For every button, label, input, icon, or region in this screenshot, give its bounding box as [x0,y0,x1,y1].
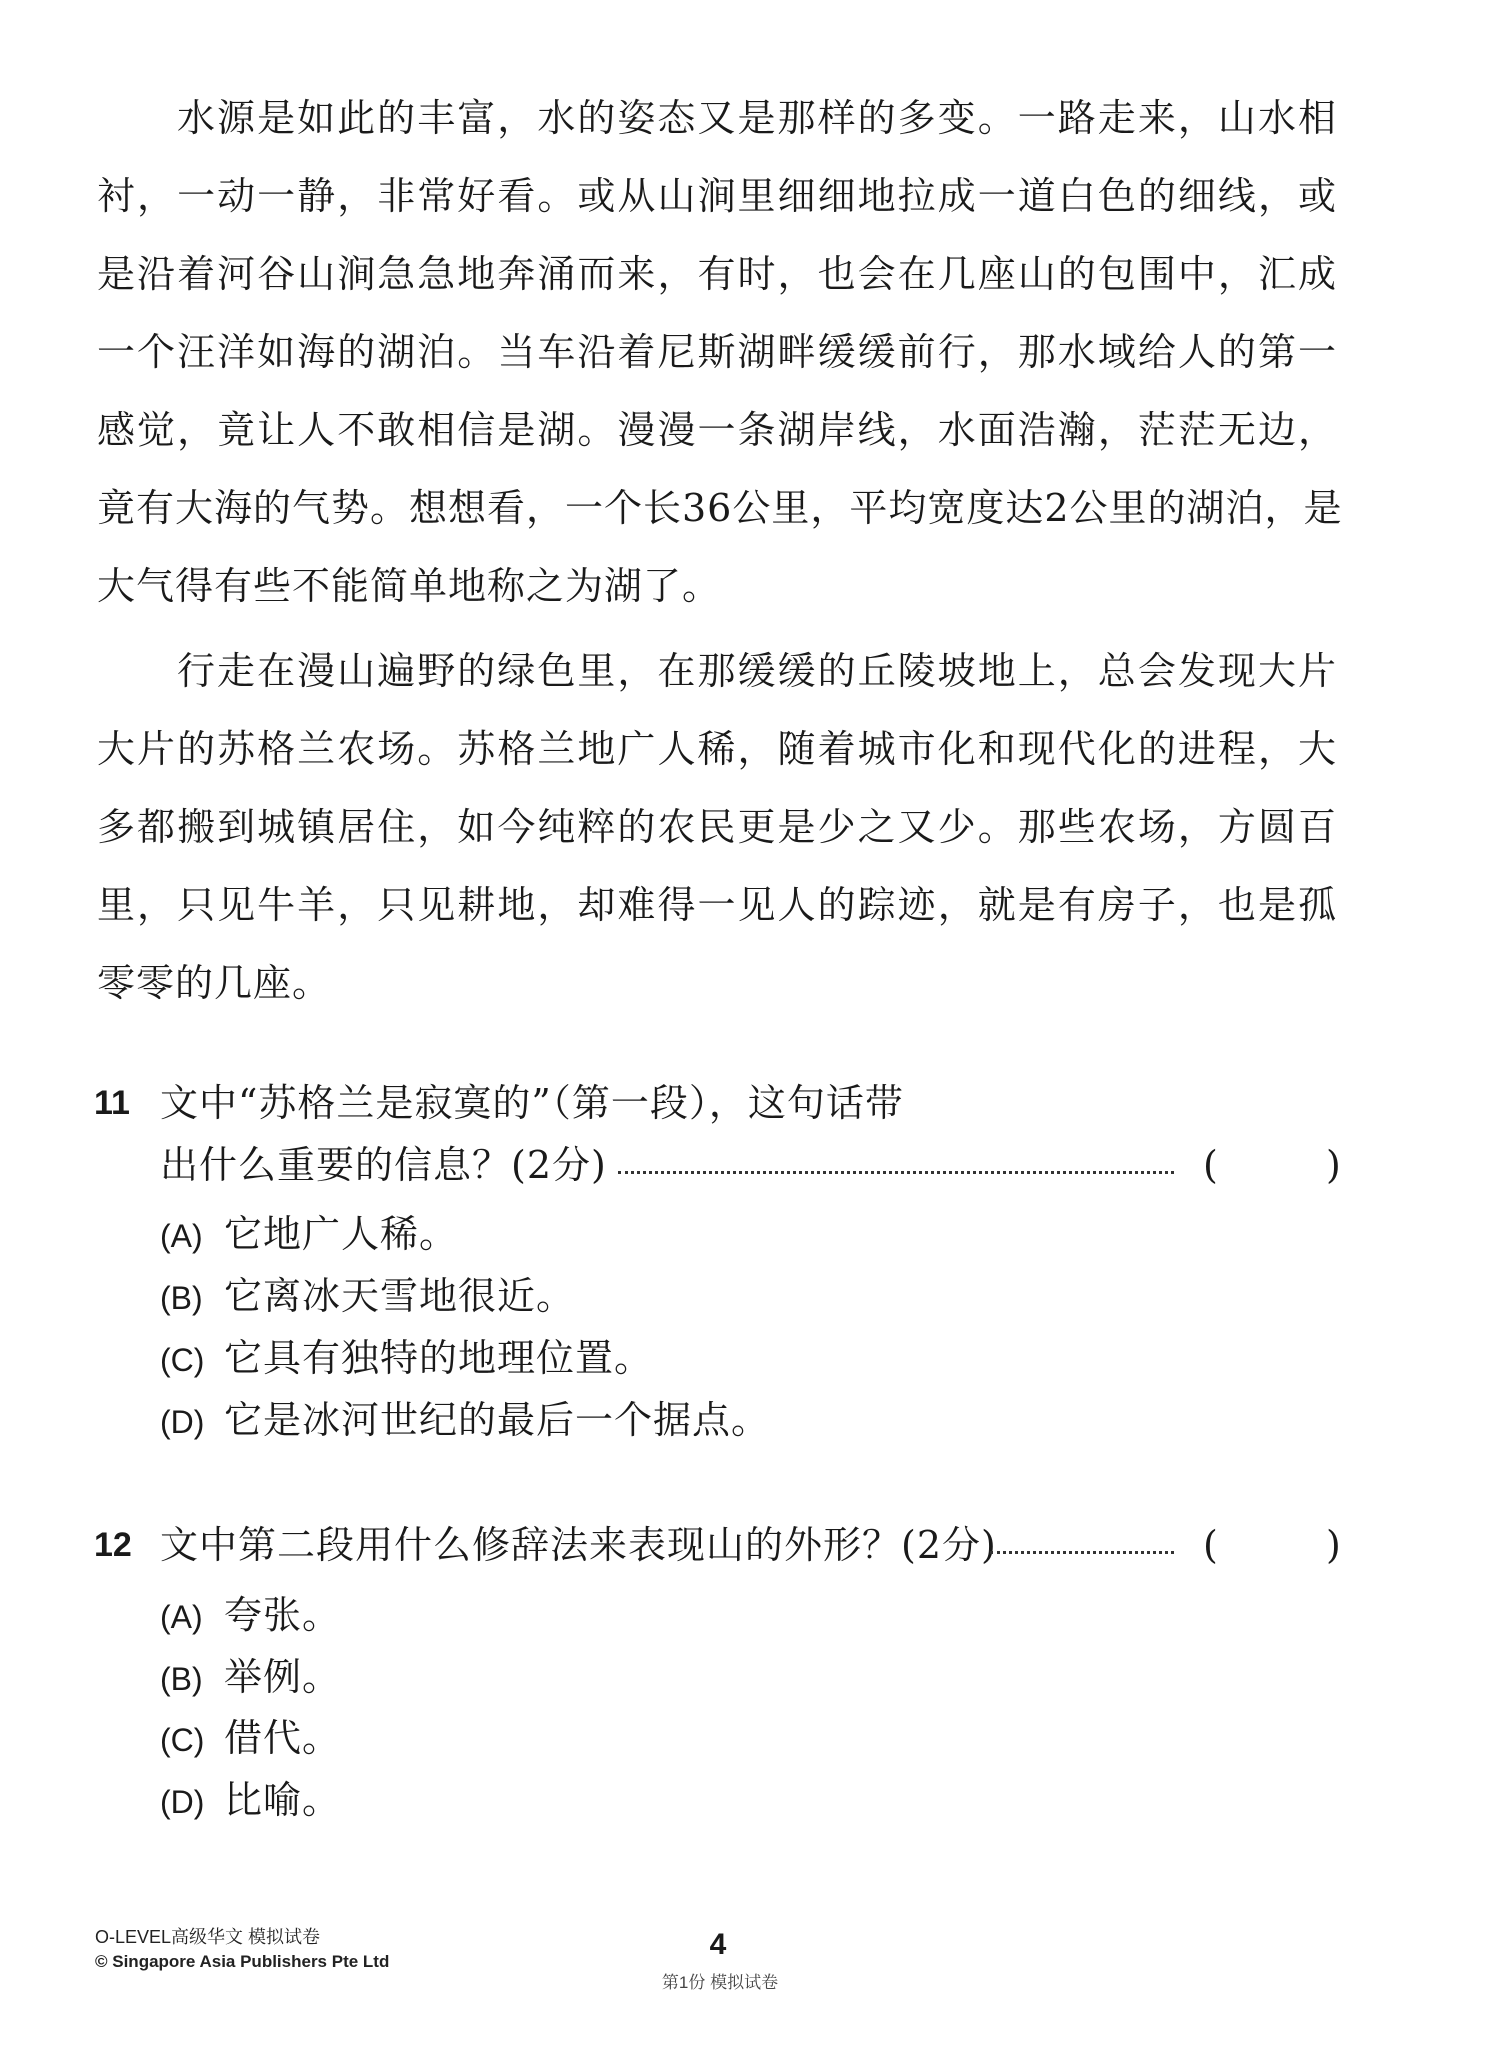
option-a: (A)它地广人稀。 [160,1212,458,1265]
passage-line: 大气得有些不能简单地称之为湖了。 [97,564,1337,608]
option-text: 举例。 [224,1655,341,1699]
answer-paren-close: ) [1326,1143,1341,1187]
passage-line: 里，只见牛羊，只见耕地，却难得一见人的踪迹，就是有房子，也是孤 [97,883,1337,927]
answer-paren-open: ( [1203,1523,1218,1567]
option-text: 借代。 [224,1716,341,1760]
option-text: 夸张。 [224,1593,341,1637]
passage-line: 竟有大海的气势。想想看，一个长36公里，平均宽度达2公里的湖泊，是 [97,486,1337,530]
dot-leader [990,1523,1174,1567]
option-text: 它离冰天雪地很近。 [224,1274,575,1318]
option-text: 它是冰河世纪的最后一个据点。 [224,1398,770,1442]
answer-blank[interactable] [1222,1143,1327,1187]
passage-line: 大片的苏格兰农场。苏格兰地广人稀，随着城市化和现代化的进程，大 [97,727,1337,771]
question-text: 文中“苏格兰是寂寞的”（第一段），这句话带 [160,1081,904,1125]
option-letter: (C) [160,1338,224,1382]
passage-line: 感觉，竟让人不敢相信是湖。漫漫一条湖岸线，水面浩瀚，茫茫无边， [97,408,1337,452]
passage-line: 零零的几座。 [97,961,1337,1005]
answer-paren-open: ( [1203,1143,1218,1187]
answer-blank[interactable] [1222,1523,1327,1567]
dot-leader [618,1143,1174,1187]
question-text: 文中第二段用什么修辞法来表现山的外形？(2分) [160,1523,997,1567]
option-c: (C)借代。 [160,1716,341,1769]
passage-line: 是沿着河谷山涧急急地奔涌而来，有时，也会在几座山的包围中，汇成 [97,252,1337,296]
footer-series-title: O-LEVEL高级华文 模拟试卷 [95,1926,320,1948]
option-letter: (D) [160,1400,224,1444]
option-b: (B)举例。 [160,1655,341,1708]
passage-line: 水源是如此的丰富，水的姿态又是那样的多变。一路走来，山水相 [177,96,1337,140]
footer-copyright: © Singapore Asia Publishers Pte Ltd [95,1951,389,1973]
option-letter: (A) [160,1214,224,1258]
question-text: 出什么重要的信息？(2分) [160,1143,607,1187]
paper-subtitle: 第1份 模拟试卷 [650,1968,790,1993]
passage-line: 一个汪洋如海的湖泊。当车沿着尼斯湖畔缓缓前行，那水域给人的第一 [97,330,1337,374]
option-text: 它具有独特的地理位置。 [224,1336,653,1380]
question-number: 12 [94,1523,132,1567]
passage-line: 衬，一动一静，非常好看。或从山涧里细细地拉成一道白色的细线，或 [97,174,1337,218]
passage-line: 多都搬到城镇居住，如今纯粹的农民更是少之又少。那些农场，方圆百 [97,805,1337,849]
answer-paren-close: ) [1326,1523,1341,1567]
page-number: 4 [700,1928,736,1962]
option-letter: (C) [160,1718,224,1762]
option-a: (A)夸张。 [160,1593,341,1646]
option-letter: (B) [160,1276,224,1320]
option-letter: (A) [160,1595,224,1639]
option-text: 它地广人稀。 [224,1212,458,1256]
option-d: (D)它是冰河世纪的最后一个据点。 [160,1398,770,1451]
option-c: (C)它具有独特的地理位置。 [160,1336,653,1389]
option-letter: (D) [160,1780,224,1824]
option-text: 比喻。 [224,1778,341,1822]
passage-line: 行走在漫山遍野的绿色里，在那缓缓的丘陵坡地上，总会发现大片 [177,649,1337,693]
option-letter: (B) [160,1657,224,1701]
option-d: (D)比喻。 [160,1778,341,1831]
option-b: (B)它离冰天雪地很近。 [160,1274,575,1327]
question-number: 11 [94,1081,130,1125]
